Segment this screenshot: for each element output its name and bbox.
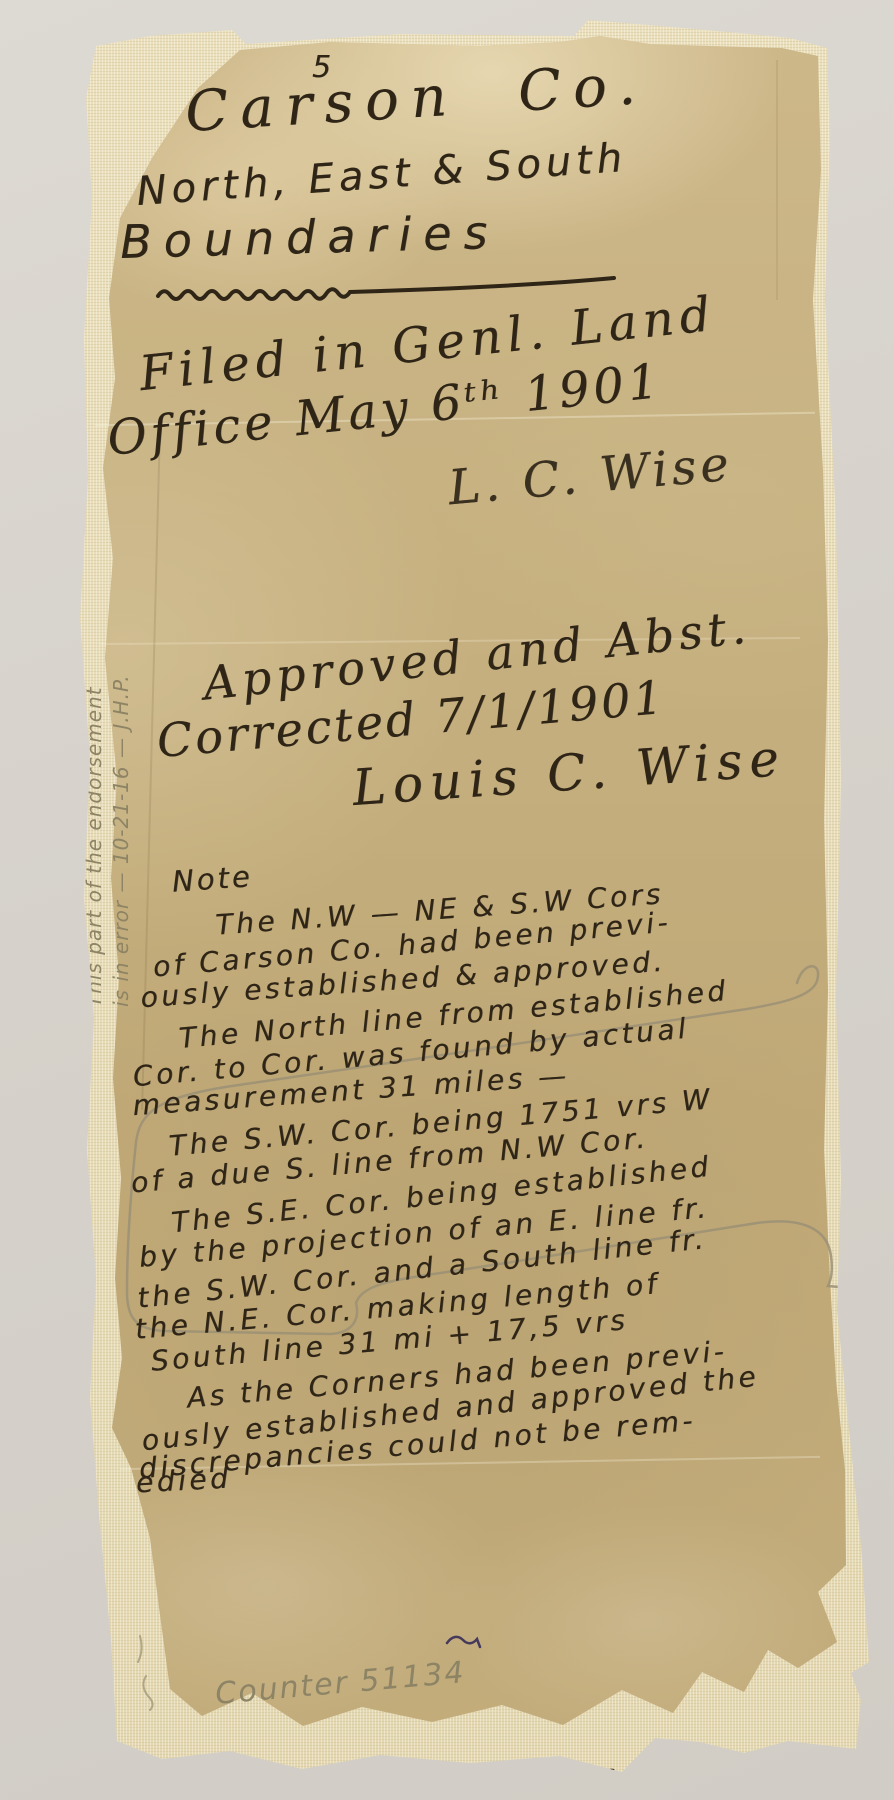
note-line: edied [135,1462,232,1500]
pencil-stray-mark [138,1636,153,1710]
note-heading: Note [171,859,254,899]
document-linen-backing: 5 Carson Co. North, East & South Boundar… [0,0,894,1800]
marginal-pencil-note: This part of the endorsement is in error… [81,407,135,1007]
marginal-note-line: is in error — 10-21-16 — J.H.P. [108,407,135,1007]
title-boundaries-word: Boundaries [119,205,500,269]
stray-ink-mark: 1 [600,1763,619,1793]
photograph-backdrop: { "doc": { "page_number": "5", "title": … [0,0,894,1800]
marginal-note-line: This part of the endorsement [81,407,108,1007]
